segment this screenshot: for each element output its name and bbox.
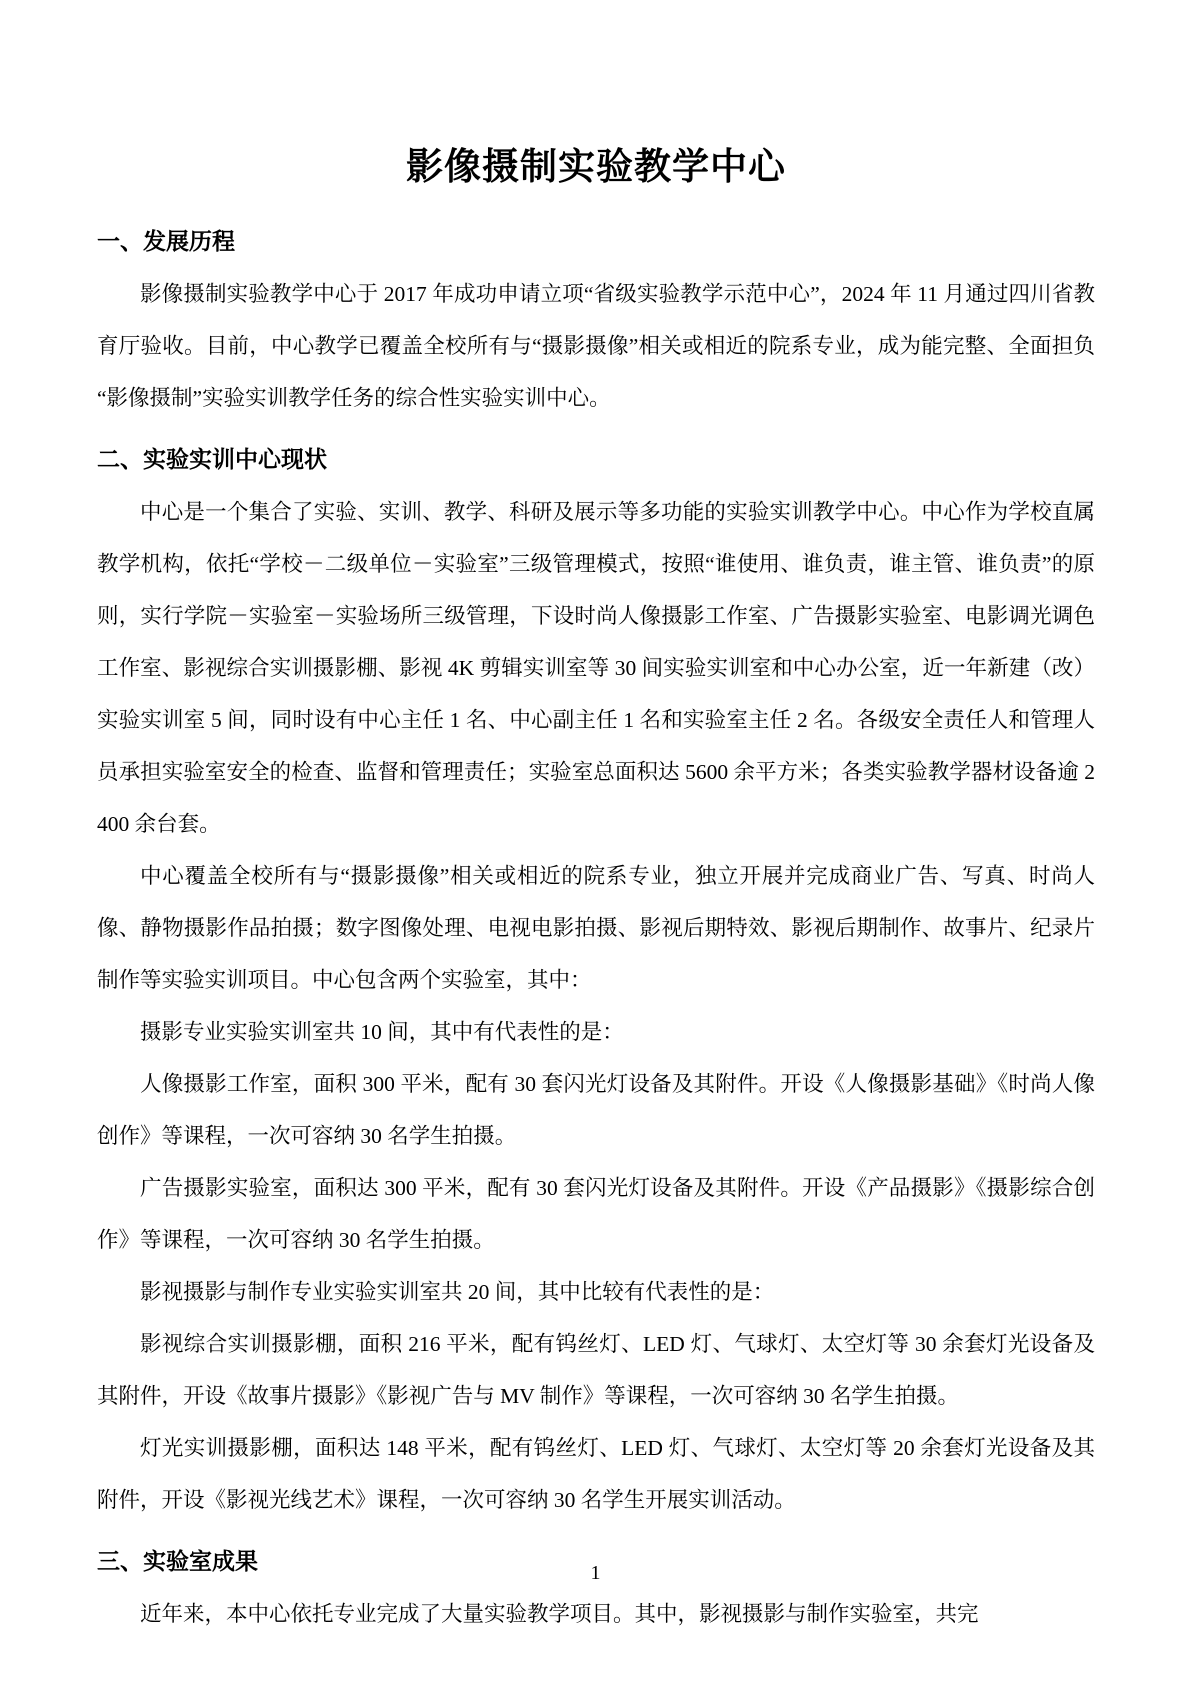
section-heading-center-status: 二、实验实训中心现状 (97, 438, 1095, 482)
paragraph: 影视摄影与制作专业实验实训室共 20 间，其中比较有代表性的是： (97, 1266, 1095, 1318)
document-title: 影像摄制实验教学中心 (97, 142, 1095, 194)
section-development-history: 一、发展历程 影像摄制实验教学中心于 2017 年成功申请立项“省级实验教学示范… (97, 220, 1095, 424)
paragraph: 影视综合实训摄影棚，面积 216 平米，配有钨丝灯、LED 灯、气球灯、太空灯等… (97, 1318, 1095, 1422)
paragraph: 影像摄制实验教学中心于 2017 年成功申请立项“省级实验教学示范中心”，202… (97, 268, 1095, 424)
paragraph: 中心是一个集合了实验、实训、教学、科研及展示等多功能的实验实训教学中心。中心作为… (97, 486, 1095, 850)
document-page: 影像摄制实验教学中心 一、发展历程 影像摄制实验教学中心于 2017 年成功申请… (0, 0, 1191, 1684)
page-number: 1 (0, 1560, 1191, 1586)
section-lab-achievements: 三、实验室成果 近年来，本中心依托专业完成了大量实验教学项目。其中，影视摄影与制… (97, 1540, 1095, 1640)
paragraph: 摄影专业实验实训室共 10 间，其中有代表性的是： (97, 1006, 1095, 1058)
section-center-status: 二、实验实训中心现状 中心是一个集合了实验、实训、教学、科研及展示等多功能的实验… (97, 438, 1095, 1526)
paragraph: 灯光实训摄影棚，面积达 148 平米，配有钨丝灯、LED 灯、气球灯、太空灯等 … (97, 1422, 1095, 1526)
paragraph: 近年来，本中心依托专业完成了大量实验教学项目。其中，影视摄影与制作实验室，共完 (97, 1588, 1095, 1640)
paragraph: 中心覆盖全校所有与“摄影摄像”相关或相近的院系专业，独立开展并完成商业广告、写真… (97, 850, 1095, 1006)
section-heading-development-history: 一、发展历程 (97, 220, 1095, 264)
document-content: 影像摄制实验教学中心 一、发展历程 影像摄制实验教学中心于 2017 年成功申请… (97, 0, 1095, 1640)
paragraph: 人像摄影工作室，面积 300 平米，配有 30 套闪光灯设备及其附件。开设《人像… (97, 1058, 1095, 1162)
paragraph: 广告摄影实验室，面积达 300 平米，配有 30 套闪光灯设备及其附件。开设《产… (97, 1162, 1095, 1266)
